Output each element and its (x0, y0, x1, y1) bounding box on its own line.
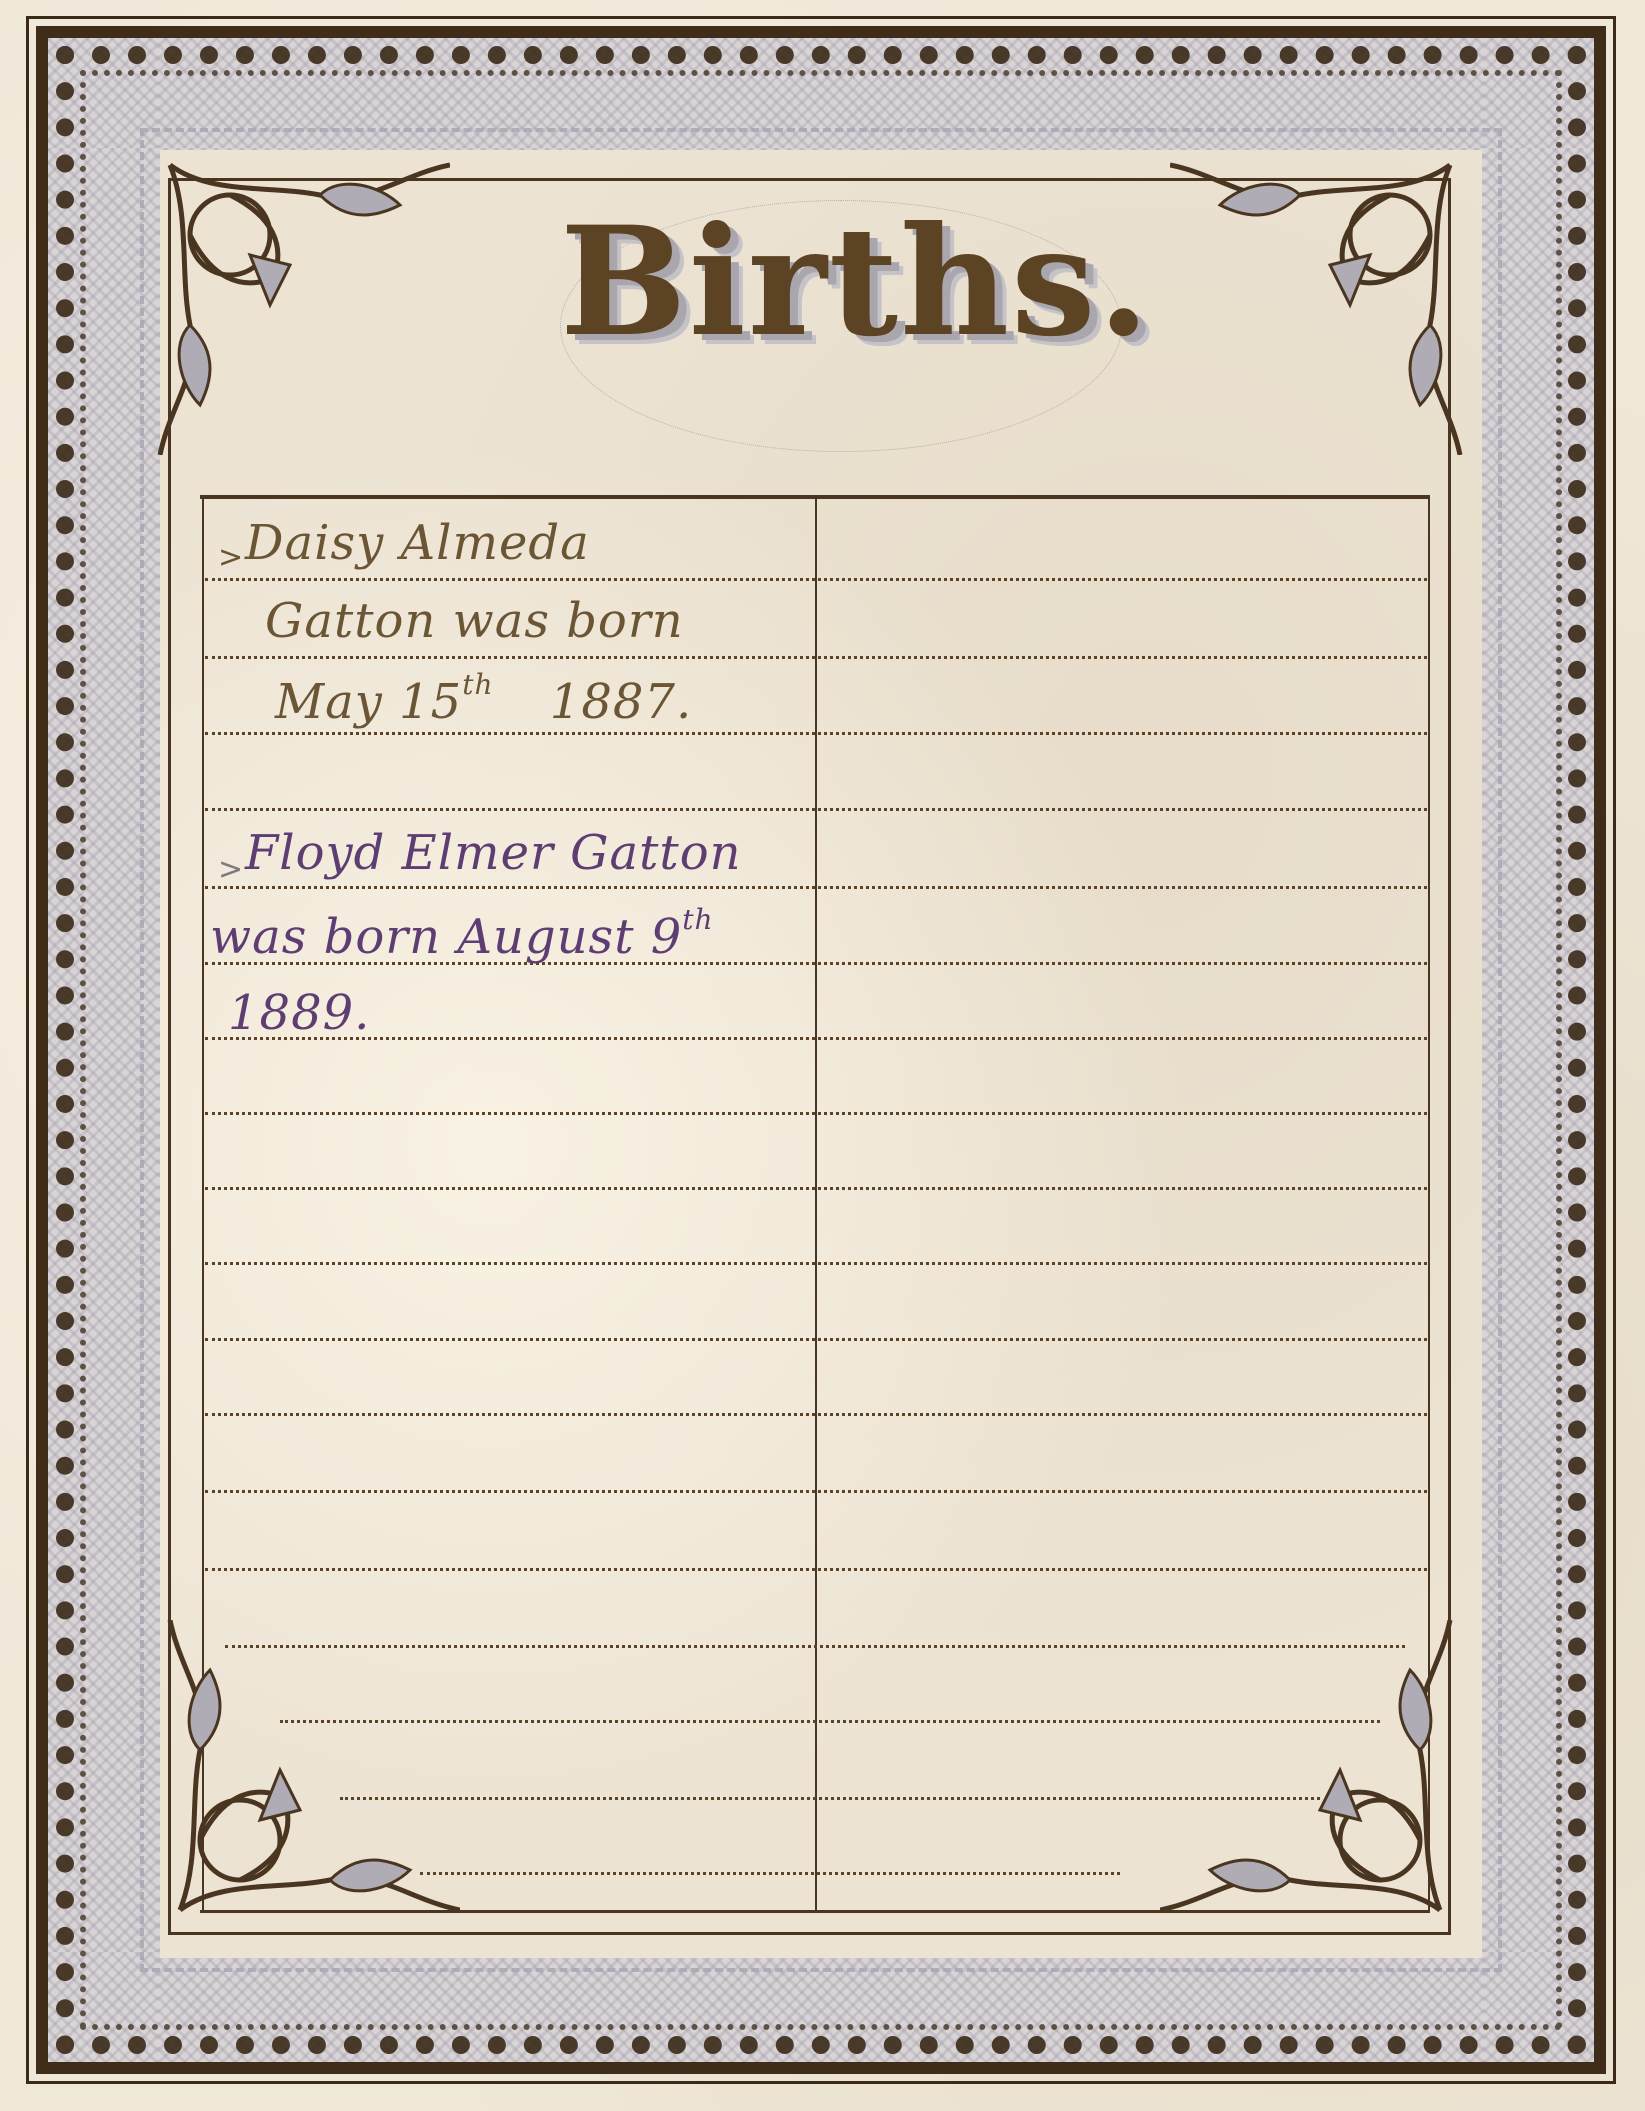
entry-date-suffix: th (462, 668, 493, 701)
corner-ornament-top-right (1170, 155, 1470, 455)
ruling-line (205, 1413, 1427, 1416)
ruling-line (205, 808, 1427, 811)
heading-area: Births. (560, 180, 1120, 450)
ruling-line (205, 1338, 1427, 1341)
ruling-line (340, 1797, 1320, 1800)
entry-date-suffix: th (682, 903, 713, 936)
entry-year: 1889. (228, 985, 370, 1041)
ruling-line (205, 732, 1427, 735)
entry-date-text: was born August 9 (210, 909, 682, 965)
ruling-line (205, 578, 1427, 581)
ruling-line (225, 1645, 1405, 1648)
ruling-line (420, 1872, 1120, 1875)
entry-marker: > (218, 540, 243, 575)
entry-line: Gatton was born (265, 593, 684, 649)
ruling-line (205, 1490, 1427, 1493)
entry-line: May 15th 1887. (275, 668, 692, 730)
ruling-line (205, 1568, 1427, 1571)
entry-year: 1887. (550, 674, 692, 730)
ruling-line (205, 1112, 1427, 1115)
corner-ornament-bottom-left (160, 1620, 460, 1920)
ruling-line (280, 1720, 1380, 1723)
frame-bottom-line (168, 1932, 1451, 1935)
ruling-line (205, 1037, 1427, 1040)
page-title: Births. (560, 200, 1120, 365)
entry-line: Daisy Almeda (245, 515, 590, 571)
ruling-line (205, 1262, 1427, 1265)
corner-ornament-top-left (150, 155, 450, 455)
ruling-line (205, 1187, 1427, 1190)
entry-marker: > (218, 852, 243, 887)
corner-ornament-bottom-right (1160, 1620, 1460, 1920)
entry-date-text: May 15 (275, 674, 462, 730)
ruling-line (205, 886, 1427, 889)
column-divider (815, 495, 817, 1910)
entry-line: Floyd Elmer Gatton (245, 825, 742, 881)
ruling-line (205, 656, 1427, 659)
entry-line: was born August 9th (210, 903, 714, 965)
